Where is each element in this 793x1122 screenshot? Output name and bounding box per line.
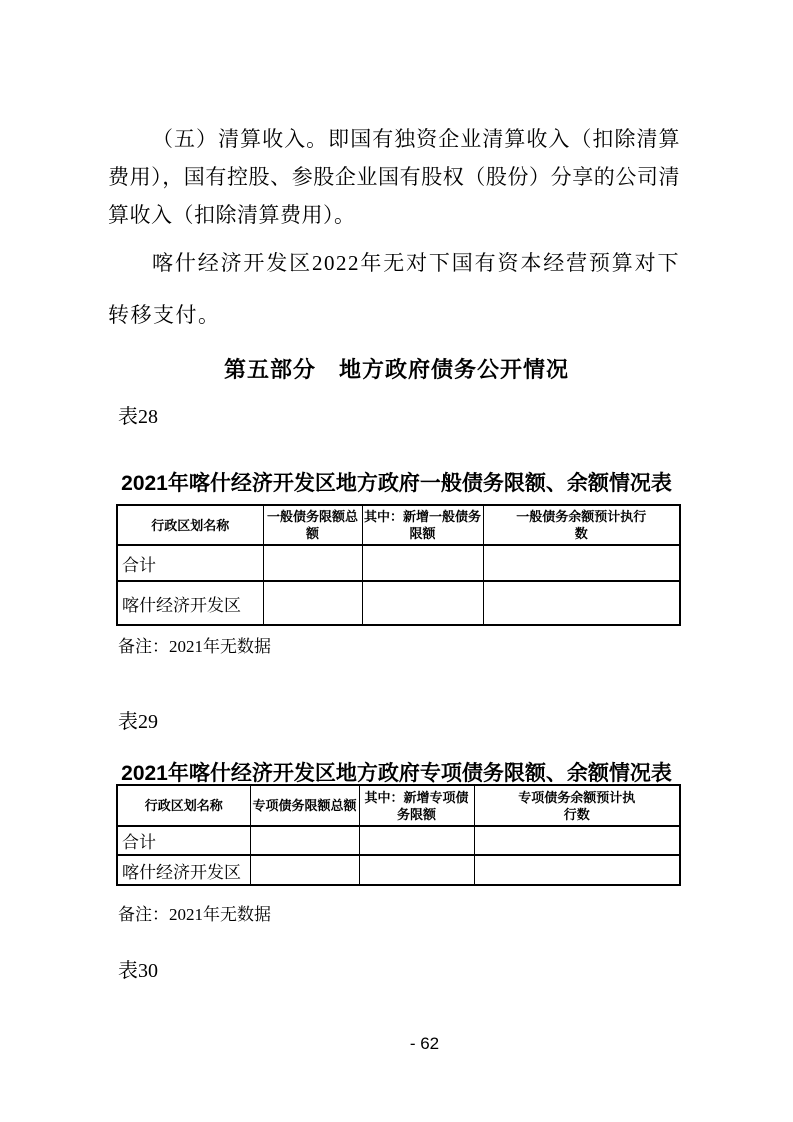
- table-cell: [263, 581, 362, 625]
- header-cell-limit-total: 一般债务限额总额: [263, 505, 362, 545]
- table-cell: 合计: [117, 826, 250, 855]
- table-cell: 喀什经济开发区: [117, 581, 263, 625]
- table-cell: [474, 855, 680, 885]
- table-row: 喀什经济开发区: [117, 855, 680, 885]
- general-debt-table: 行政区划名称 一般债务限额总额 其中：新增一般债务限额 一般债务余额预计执行数 …: [116, 504, 681, 626]
- header-cell-region: 行政区划名称: [117, 785, 250, 826]
- page-number: - 62: [0, 1034, 793, 1054]
- table-cell: [483, 581, 680, 625]
- table-cell: 合计: [117, 545, 263, 581]
- table-cell: [250, 826, 359, 855]
- table-row: 喀什经济开发区: [117, 581, 680, 625]
- header-cell-new-limit: 其中：新增一般债务限额: [362, 505, 483, 545]
- table-cell: [362, 545, 483, 581]
- paragraph-no-transfer-payment: 喀什经济开发区2022年无对下国有资本经营预算对下转移支付。: [108, 237, 680, 341]
- table-cell: 喀什经济开发区: [117, 855, 250, 885]
- header-cell-limit-total: 专项债务限额总额: [250, 785, 359, 826]
- table29-note: 备注：2021年无数据: [118, 900, 271, 925]
- page-number-text: - 62: [410, 1034, 439, 1053]
- table-row: 合计: [117, 826, 680, 855]
- paragraph-liquidation-income: （五）清算收入。即国有独资企业清算收入（扣除清算费用），国有控股、参股企业国有股…: [108, 120, 680, 234]
- table-cell: [483, 545, 680, 581]
- table-cell: [359, 855, 474, 885]
- table30-label: 表30: [118, 954, 158, 983]
- table-cell: [474, 826, 680, 855]
- table29-title: 2021年喀什经济开发区地方政府专项债务限额、余额情况表: [0, 757, 793, 787]
- table-cell: [263, 545, 362, 581]
- table28-label: 表28: [118, 400, 158, 429]
- table29-label: 表29: [118, 705, 158, 734]
- table-cell: [362, 581, 483, 625]
- table-cell: [250, 855, 359, 885]
- table-header-row: 行政区划名称 一般债务限额总额 其中：新增一般债务限额 一般债务余额预计执行数: [117, 505, 680, 545]
- special-debt-table: 行政区划名称 专项债务限额总额 其中：新增专项债务限额 专项债务余额预计执行数 …: [116, 784, 681, 886]
- header-cell-balance-estimate: 专项债务余额预计执行数: [474, 785, 680, 826]
- header-cell-new-limit: 其中：新增专项债务限额: [359, 785, 474, 826]
- table28-title: 2021年喀什经济开发区地方政府一般债务限额、余额情况表: [0, 467, 793, 497]
- section-heading-part5: 第五部分 地方政府债务公开情况: [0, 353, 793, 384]
- header-cell-balance-estimate: 一般债务余额预计执行数: [483, 505, 680, 545]
- document-page: （五）清算收入。即国有独资企业清算收入（扣除清算费用），国有控股、参股企业国有股…: [0, 0, 793, 1122]
- table-row: 合计: [117, 545, 680, 581]
- table-cell: [359, 826, 474, 855]
- table-header-row: 行政区划名称 专项债务限额总额 其中：新增专项债务限额 专项债务余额预计执行数: [117, 785, 680, 826]
- table28-note: 备注：2021年无数据: [118, 632, 271, 657]
- header-cell-region: 行政区划名称: [117, 505, 263, 545]
